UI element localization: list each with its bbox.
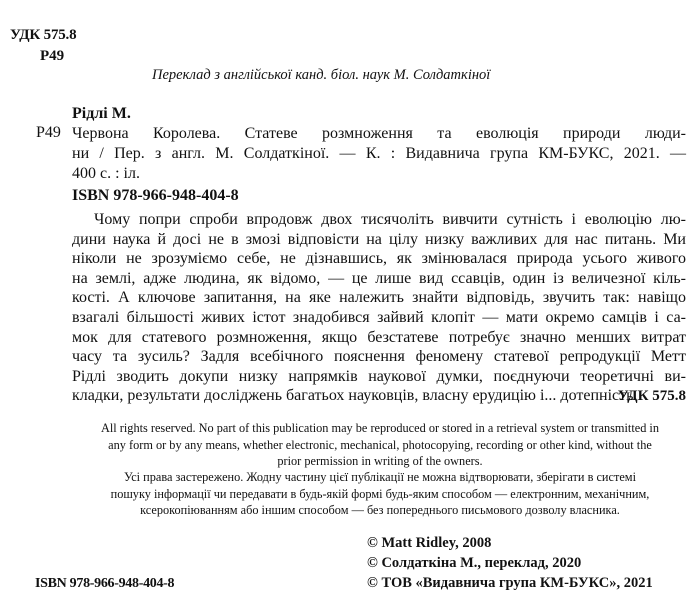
rights-line: Усі права застережено. Жодну частину ціє…: [70, 469, 690, 486]
abstract-line: часу та зусиль? Задля всебічного пояснен…: [72, 347, 686, 367]
copyright-line: © ТОВ «Видавнича група КМ-БУКС», 2021: [367, 573, 653, 593]
copyright-line: © Солдаткіна М., переклад, 2020: [367, 553, 653, 573]
abstract-line: мок для статевого розмноження, якщо безс…: [72, 328, 686, 348]
abstract-line: кості. А ключове запитання, на яке належ…: [72, 288, 686, 308]
bibliographic-description: Червона Королева. Статеве розмноження та…: [72, 124, 686, 184]
abstract-line: ніколи не зрозуміємо себе, не дізнавшись…: [72, 249, 686, 269]
translator-note: Переклад з англійської канд. біол. наук …: [152, 67, 490, 84]
biblio-line: ни / Пер. з англ. М. Солдаткіної. — К. :…: [72, 144, 686, 164]
udk-code-top: УДК 575.8: [10, 27, 76, 44]
rights-notice-ukrainian: Усі права застережено. Жодну частину ціє…: [70, 469, 690, 519]
udk-code-bottom: УДК 575.8: [618, 388, 686, 405]
rights-line: prior permission in writing of the owner…: [70, 453, 690, 470]
abstract-line: Рідлі зводить докупи низку напрямків нау…: [72, 367, 686, 387]
author-name: Рідлі М.: [72, 105, 131, 123]
copyright-block: © Matt Ridley, 2008 © Солдаткіна М., пер…: [367, 533, 653, 593]
rights-line: пошуку інформації чи передавати в будь-я…: [70, 486, 690, 503]
copyright-line: © Matt Ridley, 2008: [367, 533, 653, 553]
author-code-top: Р49: [40, 48, 64, 65]
isbn-footer: ISBN 978-966-948-404-8: [35, 576, 174, 592]
rights-line: ксерокопіюванням або іншим способом — бе…: [70, 502, 690, 519]
rights-line: All rights reserved. No part of this pub…: [70, 420, 690, 437]
author-code: Р49: [36, 124, 61, 142]
abstract-line: дини наука й досі не в змозі відповісти …: [72, 230, 686, 250]
abstract-line: кладки, результати досліджень багатьох н…: [72, 386, 686, 406]
biblio-line: Червона Королева. Статеве розмноження та…: [72, 124, 686, 144]
biblio-line: 400 с. : іл.: [72, 164, 686, 184]
abstract-paragraph: Чому попри спроби впродовж двох тисячолі…: [72, 210, 686, 406]
abstract-line: на землі, адже людина, як відомо, — це л…: [72, 269, 686, 289]
rights-notice-english: All rights reserved. No part of this pub…: [70, 420, 690, 470]
rights-line: any form or by any means, whether electr…: [70, 437, 690, 454]
abstract-line: Чому попри спроби впродовж двох тисячолі…: [72, 210, 686, 230]
abstract-line: взагалі більшості живих істот знадобився…: [72, 308, 686, 328]
isbn-record: ISBN 978-966-948-404-8: [72, 187, 239, 205]
